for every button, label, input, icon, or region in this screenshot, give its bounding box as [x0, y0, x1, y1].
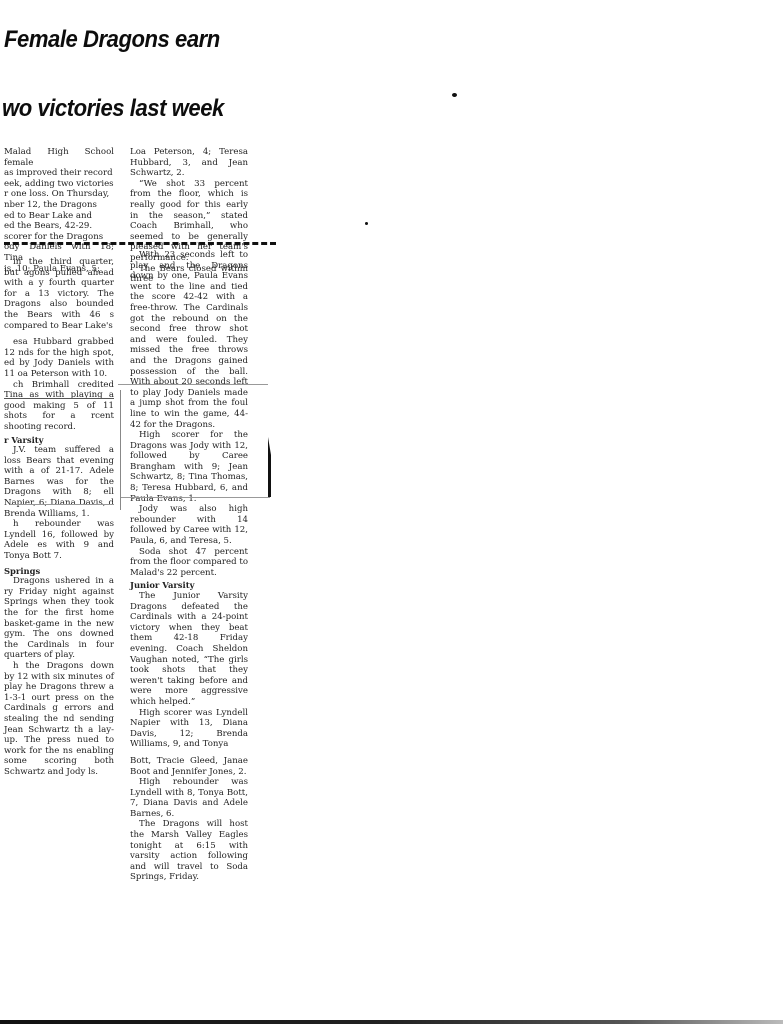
clipping-edge [4, 398, 114, 399]
text-line: scorer for the Dragons [4, 232, 114, 243]
clipping-edge [120, 390, 121, 510]
paragraph: Bott, Tracie Gleed, Janae Boot and Jenni… [130, 756, 248, 777]
paragraph: High rebounder was Lyndell with 8, Tonya… [130, 777, 248, 819]
text-line: nber 12, the Dragons [4, 200, 114, 211]
subheading-junior-varsity: Junior Varsity [130, 580, 248, 591]
text-line: ed the Bears, 42-29. [4, 221, 114, 232]
scan-shadow-mark [268, 437, 271, 497]
clipping-edge [10, 504, 114, 505]
scan-speck [452, 93, 457, 97]
subheading-springs: Springs [4, 566, 114, 577]
paragraph: Soda shot 47 percent from the floor comp… [130, 547, 248, 579]
text-line: r one loss. On Thursday, [4, 189, 114, 200]
paragraph: J.V. team suffered a loss Bears that eve… [4, 445, 114, 519]
column-b-bottom: With 23 seconds left to play and the Dra… [130, 250, 248, 883]
paragraph: Jody was also high rebounder with 14 fol… [130, 504, 248, 546]
paragraph: High scorer was Lyndell Napier with 13, … [130, 708, 248, 750]
clipping-cut-line [4, 242, 276, 245]
paragraph: The Junior Varsity Dragons defeated the … [130, 591, 248, 708]
paragraph: h rebounder was Lyndell 16, followed by … [4, 519, 114, 561]
text-line: as improved their record [4, 168, 114, 179]
headline-line-2: wo victories last week [2, 95, 224, 123]
headline-line-1: Female Dragons earn [4, 26, 220, 54]
paragraph: in the third quarter, but agons pulled a… [4, 257, 114, 331]
column-a-bottom: in the third quarter, but agons pulled a… [4, 257, 114, 778]
paragraph: Dragons ushered in a ry Friday night aga… [4, 576, 114, 661]
text-line: ed to Bear Lake and [4, 211, 114, 222]
column-a-top: Malad High School female as improved the… [4, 147, 114, 274]
paragraph: ch Brimhall credited Tina as with playin… [4, 380, 114, 433]
clipping-edge [118, 384, 268, 385]
paragraph: High scorer for the Dragons was Jody wit… [130, 430, 248, 504]
subheading-varsity: r Varsity [4, 435, 114, 446]
text-line: eek, adding two victories [4, 179, 114, 190]
scan-speck [365, 222, 368, 225]
paragraph: esa Hubbard grabbed 12 nds for the high … [4, 337, 114, 379]
paragraph: The Dragons will host the Marsh Valley E… [130, 819, 248, 883]
paragraph: h the Dragons down by 12 with six minute… [4, 661, 114, 778]
paragraph: Loa Peterson, 4; Teresa Hubbard, 3, and … [130, 147, 248, 179]
scan-bottom-edge [0, 1020, 783, 1024]
paragraph: With 23 seconds left to play and the Dra… [130, 250, 248, 430]
clipping-edge [120, 497, 270, 498]
text-line: Malad High School female [4, 147, 114, 168]
